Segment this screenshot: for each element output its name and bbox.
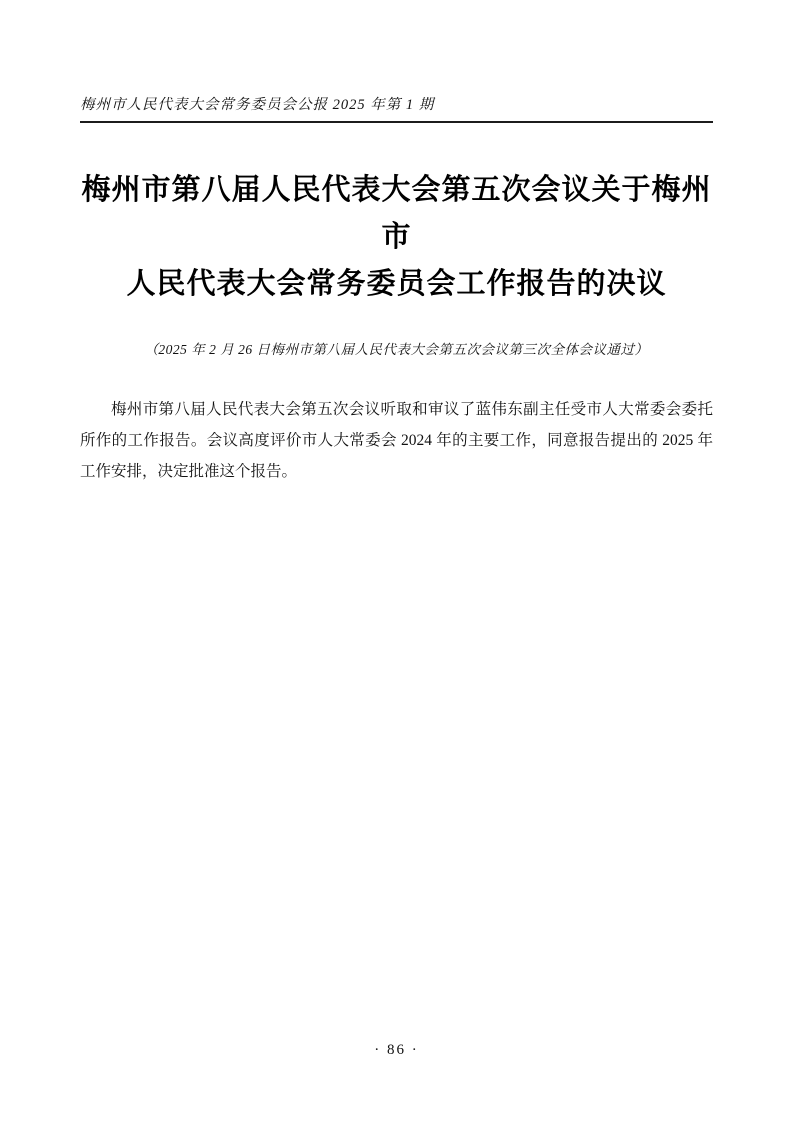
document-body: 梅州市第八届人民代表大会第五次会议听取和审议了蓝伟东副主任受市人大常委会委托所作… — [80, 394, 713, 487]
document-title-line1: 梅州市第八届人民代表大会第五次会议关于梅州市 — [81, 174, 711, 253]
page-number: · 86 · — [0, 1042, 793, 1059]
page-content: 梅州市人民代表大会常务委员会公报 2025 年第 1 期 梅州市第八届人民代表大… — [80, 0, 713, 487]
header-rule — [80, 121, 713, 123]
document-title-line2: 人民代表大会常务委员会工作报告的决议 — [126, 268, 666, 300]
running-header: 梅州市人民代表大会常务委员会公报 2025 年第 1 期 — [80, 0, 713, 114]
body-paragraph: 梅州市第八届人民代表大会第五次会议听取和审议了蓝伟东副主任受市人大常委会委托所作… — [80, 394, 713, 487]
adoption-note: （2025 年 2 月 26 日梅州市第八届人民代表大会第五次会议第三次全体会议… — [80, 338, 713, 358]
document-title: 梅州市第八届人民代表大会第五次会议关于梅州市 人民代表大会常务委员会工作报告的决… — [80, 167, 713, 308]
bulletin-page: 梅州市人民代表大会常务委员会公报 2025 年第 1 期 梅州市第八届人民代表大… — [0, 0, 793, 1122]
